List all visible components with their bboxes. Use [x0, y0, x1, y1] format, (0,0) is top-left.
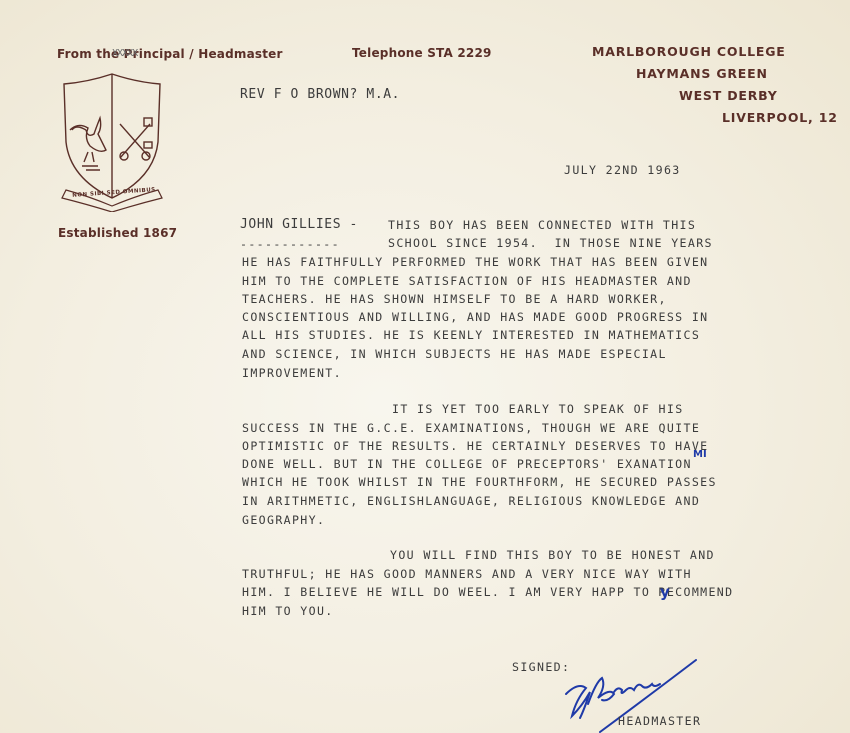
signature-title: HEADMASTER [618, 714, 701, 728]
text-line: DONE WELL. BUT IN THE COLLEGE OF PRECEPT… [242, 457, 692, 471]
text-line: HIM TO YOU. [242, 604, 334, 618]
text-line: IT IS YET TOO EARLY TO SPEAK OF HIS [392, 402, 684, 416]
text-line: SCHOOL SINCE 1954. IN THOSE NINE YEARS [388, 236, 713, 250]
text-line: WHICH HE TOOK WHILST IN THE FOURTHFORM, … [242, 475, 717, 489]
subject-underline: ------------ [240, 237, 340, 251]
text-line: GEOGRAPHY. [242, 513, 325, 527]
text-line: TEACHERS. HE HAS SHOWN HIMSELF TO BE A H… [242, 292, 667, 306]
handwritten-insert-mi: MI [693, 449, 707, 460]
text-line: HIM TO THE COMPLETE SATISFACTION OF HIS … [242, 274, 692, 288]
text-line: ALL HIS STUDIES. HE IS KEENLY INTERESTED… [242, 328, 700, 342]
strikeout-overtype: XXXXX [112, 48, 137, 59]
address-line-1: MARLBOROUGH COLLEGE [592, 44, 786, 59]
text-line: YOU WILL FIND THIS BOY TO BE HONEST AND [390, 548, 715, 562]
letter-date: JULY 22ND 1963 [564, 163, 681, 177]
subject-name: JOHN GILLIES - [240, 217, 358, 232]
telephone-label: Telephone STA 2229 [352, 46, 492, 60]
text-line: HE HAS FAITHFULLY PERFORMED THE WORK THA… [242, 255, 708, 269]
established-label: Established 1867 [58, 226, 177, 240]
text-line: CONSCIENTIOUS AND WILLING, AND HAS MADE … [242, 310, 708, 324]
address-line-2: HAYMANS GREEN [636, 66, 768, 81]
address-line-4: LIVERPOOL, 12 [722, 110, 838, 125]
text-line: AND SCIENCE, IN WHICH SUBJECTS HE HAS MA… [242, 347, 667, 361]
from-principal-label: From the Principal / Headmaster [57, 47, 283, 61]
text-line: SUCCESS IN THE G.C.E. EXAMINATIONS, THOU… [242, 421, 700, 435]
handwritten-insert-y: y [660, 583, 670, 601]
text-line: TRUTHFUL; HE HAS GOOD MANNERS AND A VERY… [242, 567, 692, 581]
text-line: IN ARITHMETIC, ENGLISHLANGUAGE, RELIGIOU… [242, 494, 700, 508]
address-line-3: WEST DERBY [679, 88, 778, 103]
text-line: IMPROVEMENT. [242, 366, 342, 380]
text-line: OPTIMISTIC OF THE RESULTS. HE CERTAINLY … [242, 439, 708, 453]
text-line: THIS BOY HAS BEEN CONNECTED WITH THIS [388, 218, 696, 232]
recipient: REV F O BROWN? M.A. [240, 87, 400, 102]
